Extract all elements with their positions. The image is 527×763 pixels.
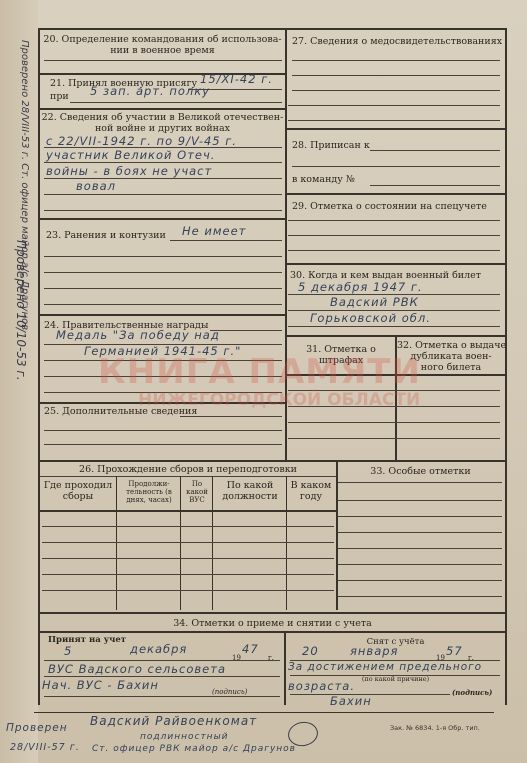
footer-print-info: Зак. № 6834. 1-я Обр. тип. xyxy=(390,724,480,732)
rule xyxy=(370,185,500,186)
s26-col-year: В каком году xyxy=(288,480,334,502)
rule xyxy=(338,516,502,517)
s26-col-position: По какой должности xyxy=(214,480,286,502)
rule xyxy=(42,526,334,527)
s34-title: 34. Отметки о приеме и снятии с учета xyxy=(40,618,505,629)
s31-label-2: штрафах xyxy=(287,355,395,366)
s22-label-2: ной войне и других войнах xyxy=(40,123,285,134)
rule xyxy=(210,330,282,331)
s26-title: 26. Прохождение сборов и переподготовки xyxy=(40,464,336,475)
rule xyxy=(44,660,280,661)
s21-oath-date: 15/XI-42 г. xyxy=(200,72,273,86)
rule xyxy=(288,120,500,121)
rule xyxy=(288,438,500,439)
rule xyxy=(42,558,334,559)
rule xyxy=(44,60,282,61)
s32-label-2: дубликата воен- xyxy=(397,351,505,362)
rule xyxy=(370,150,500,151)
s22-line-2: участник Великой Отеч. xyxy=(46,148,215,162)
rule xyxy=(44,162,282,163)
footer-stamp-line: Вадский Райвоенкомат xyxy=(90,714,257,728)
rule xyxy=(338,500,502,501)
rule xyxy=(44,696,280,697)
rule xyxy=(44,360,282,361)
s20-label-2: нии в военное время xyxy=(40,45,285,56)
rule xyxy=(44,288,282,289)
s24-line-1: Медаль "За победу над xyxy=(56,328,220,342)
document-sheet: Проверено 28/VIII-53 г. Ст. офицер майор… xyxy=(0,0,527,763)
s34-accepted-place: ВУС Вадского сельсовета xyxy=(48,662,226,676)
rule xyxy=(288,390,500,391)
footer-rule xyxy=(34,712,494,713)
s31-label: 31. Отметка о штрафах xyxy=(287,344,395,366)
footer-checked-date: 28/VIII-57 г. xyxy=(10,742,80,753)
rule xyxy=(44,194,282,195)
s34-accepted-signer: Нач. ВУС - Бахин xyxy=(42,678,159,692)
rule xyxy=(70,102,282,103)
s21-pri-label: при xyxy=(50,91,69,102)
s34-removed-month: января xyxy=(350,644,398,658)
s24-line-2: Германией 1941-45 г." xyxy=(84,344,241,358)
s32-label-3: ного билета xyxy=(397,362,505,373)
divider xyxy=(285,374,505,376)
rule xyxy=(288,250,500,251)
s22-line-4: вовал xyxy=(76,179,116,193)
s30-line-2: Вадский РВК xyxy=(330,295,419,309)
rule xyxy=(44,272,282,273)
s26-col-vus: По какой ВУС xyxy=(182,480,212,504)
divider xyxy=(285,193,505,195)
s34-removed-year: 57 xyxy=(446,644,463,658)
divider xyxy=(40,108,285,110)
s34-removed-day: 20 xyxy=(302,644,319,658)
rule xyxy=(44,430,282,431)
registration-form: 20. Определение командования об использо… xyxy=(38,28,507,705)
s29-label: 29. Отметка о состоянии на спецучете xyxy=(292,201,487,212)
rule xyxy=(288,326,500,327)
s30-line-3: Горьковской обл. xyxy=(310,311,431,325)
s22-label-1: 22. Сведения об участии в Великой отечес… xyxy=(40,112,285,123)
s20-label-1: 20. Определение командования об использо… xyxy=(40,34,285,45)
rule xyxy=(338,532,502,533)
rule xyxy=(338,564,502,565)
rule xyxy=(292,60,500,61)
divider xyxy=(40,460,505,462)
divider xyxy=(40,510,336,512)
rule xyxy=(338,596,502,597)
rule xyxy=(40,476,336,477)
rule xyxy=(170,240,282,241)
s25-label: 25. Дополнительные сведения xyxy=(44,406,197,417)
s28-label: 28. Приписан к xyxy=(292,140,370,151)
rule xyxy=(44,376,282,377)
s34-accepted-month: декабря xyxy=(130,642,187,656)
s23-label: 23. Ранения и контузии xyxy=(46,230,166,241)
s21-unit: 5 зап. арт. полку xyxy=(90,84,210,98)
s34-removed-signature-label: (подпись) xyxy=(452,689,492,697)
rule xyxy=(42,590,334,591)
rule xyxy=(44,210,282,211)
s20-label: 20. Определение командования об использо… xyxy=(40,34,285,56)
s34-accepted-signature-label: (подпись) xyxy=(212,688,247,696)
rule xyxy=(338,548,502,549)
rule xyxy=(338,580,502,581)
divider xyxy=(40,218,285,220)
s33-label: 33. Особые отметки xyxy=(336,466,505,477)
s27-label: 27. Сведения о медосвидетельствованиях xyxy=(292,36,502,47)
rule xyxy=(288,105,500,106)
s34-removed-reason-1: За достижением предельного xyxy=(288,661,482,673)
divider xyxy=(285,263,505,265)
s34-accepted-day: 5 xyxy=(64,644,72,658)
divider xyxy=(40,314,285,316)
rule xyxy=(338,482,502,483)
rule xyxy=(44,256,282,257)
s34-removed-signer: Бахин xyxy=(330,694,372,708)
rule xyxy=(288,235,500,236)
s28-team-label: в команду № xyxy=(292,174,355,185)
footer-checked: Проверен xyxy=(6,722,68,734)
rule xyxy=(44,444,282,445)
column-divider xyxy=(285,30,287,460)
footer-signed-label: подлинностный xyxy=(140,732,229,742)
rule xyxy=(42,574,334,575)
s26-col-duration: Продолжи-тельность (в днях, часах) xyxy=(118,480,180,504)
rule xyxy=(42,542,334,543)
s23-value: Не имеет xyxy=(182,224,246,238)
divider xyxy=(40,612,505,614)
s34-removed-reason-2: возраста. xyxy=(288,679,355,693)
divider xyxy=(40,631,505,633)
footer-officer: Ст. офицер РВК майор а/с Драгунов xyxy=(92,744,296,754)
rule xyxy=(292,166,500,167)
rule xyxy=(44,392,282,393)
rule xyxy=(44,676,280,677)
s31-label-1: 31. Отметка о xyxy=(287,344,395,355)
s34-accepted-label: Принят на учет xyxy=(48,635,126,646)
s22-label: 22. Сведения об участии в Великой отечес… xyxy=(40,112,285,134)
margin-note-bottom: Проверено 10/10-53 г. xyxy=(14,240,28,381)
rule xyxy=(288,406,500,407)
rule xyxy=(180,416,282,417)
divider xyxy=(40,402,285,404)
s26-col-where: Где проходил сборы xyxy=(40,480,116,502)
s30-line-1: 5 декабря 1947 г. xyxy=(298,280,423,294)
rule xyxy=(292,90,500,91)
s22-line-3: войны - в боях не участ xyxy=(46,164,212,178)
s22-line-1: с 22/VII-1942 г. по 9/V-45 г. xyxy=(46,134,237,148)
s32-label-1: 32. Отметка о выдаче xyxy=(397,340,505,351)
rule xyxy=(288,422,500,423)
s32-label: 32. Отметка о выдаче дубликата воен- ног… xyxy=(397,340,505,373)
rule xyxy=(292,75,500,76)
divider xyxy=(285,128,505,130)
s34-accepted-year: 47 xyxy=(242,642,259,656)
rule xyxy=(44,304,282,305)
rule xyxy=(288,220,500,221)
